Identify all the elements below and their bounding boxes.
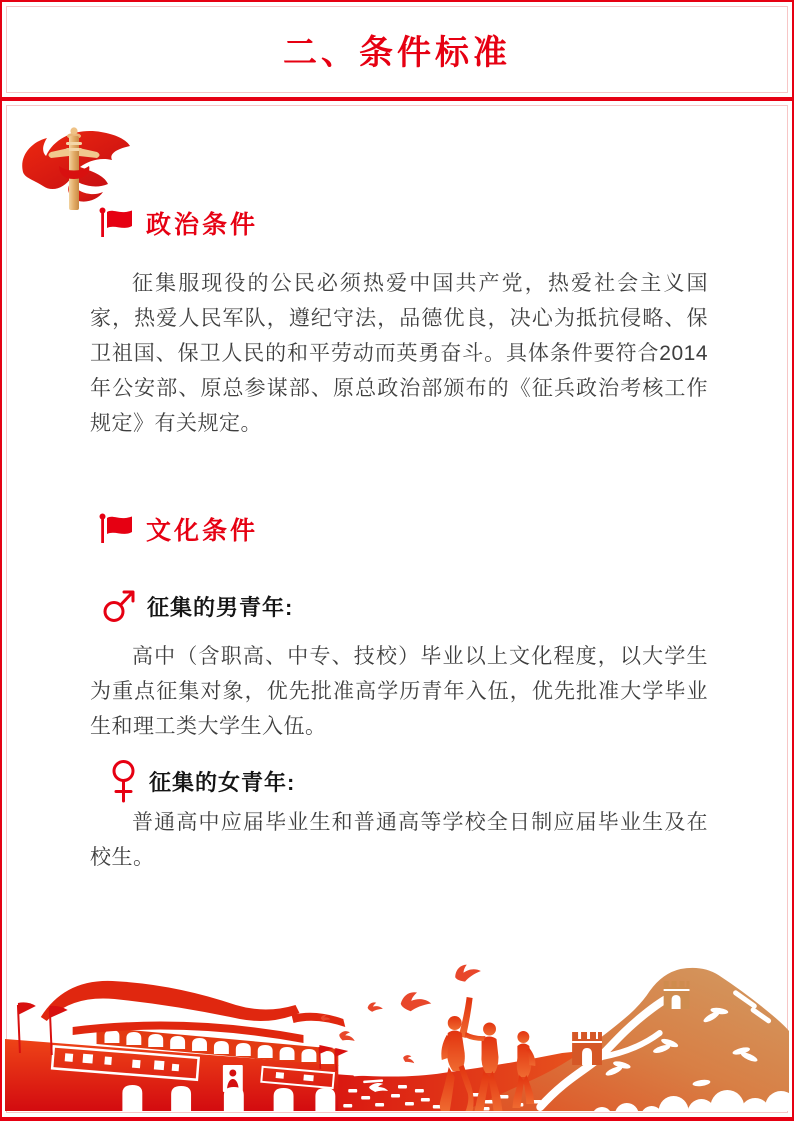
female-body-text: 普通高中应届毕业生和普通高等学校全日制应届毕业生及在校生。 — [90, 805, 708, 875]
section-title: 政治条件 — [146, 205, 258, 241]
section-title: 文化条件 — [146, 511, 258, 547]
male-body-text: 高中（含职高、中专、技校）毕业以上文化程度，以大学生为重点征集对象，优先批准高学… — [90, 639, 708, 744]
watchtower — [572, 1032, 602, 1065]
subsection-female-youth: 征集的女青年: — [108, 757, 295, 805]
female-symbol-icon — [108, 757, 139, 805]
male-symbol-icon — [101, 587, 137, 625]
section-heading-cultural: 文化条件 — [98, 511, 258, 547]
content-panel: 政治条件 征集服现役的公民必须热爱中国共产党，热爱社会主义国家，热爱人民军队，遵… — [0, 99, 794, 1121]
political-body-text: 征集服现役的公民必须热爱中国共产党，热爱社会主义国家，热爱人民军队，遵纪守法，品… — [90, 266, 708, 441]
subsection-label: 征集的男青年: — [147, 591, 293, 622]
subsection-male-youth: 征集的男青年: — [101, 587, 293, 625]
page-header: 二、条件标准 — [0, 0, 794, 99]
patriotic-papercut-illustration — [5, 953, 789, 1111]
tiananmen-gate — [5, 981, 348, 1111]
page-title: 二、条件标准 — [2, 2, 792, 97]
torch-flag-emblem-icon — [15, 126, 135, 212]
section-heading-political: 政治条件 — [98, 205, 258, 241]
flag-icon — [98, 206, 134, 240]
flag-icon — [98, 512, 134, 546]
subsection-label: 征集的女青年: — [149, 766, 295, 797]
great-wall — [465, 968, 789, 1111]
document-page: 二、条件标准 — [0, 0, 794, 1123]
